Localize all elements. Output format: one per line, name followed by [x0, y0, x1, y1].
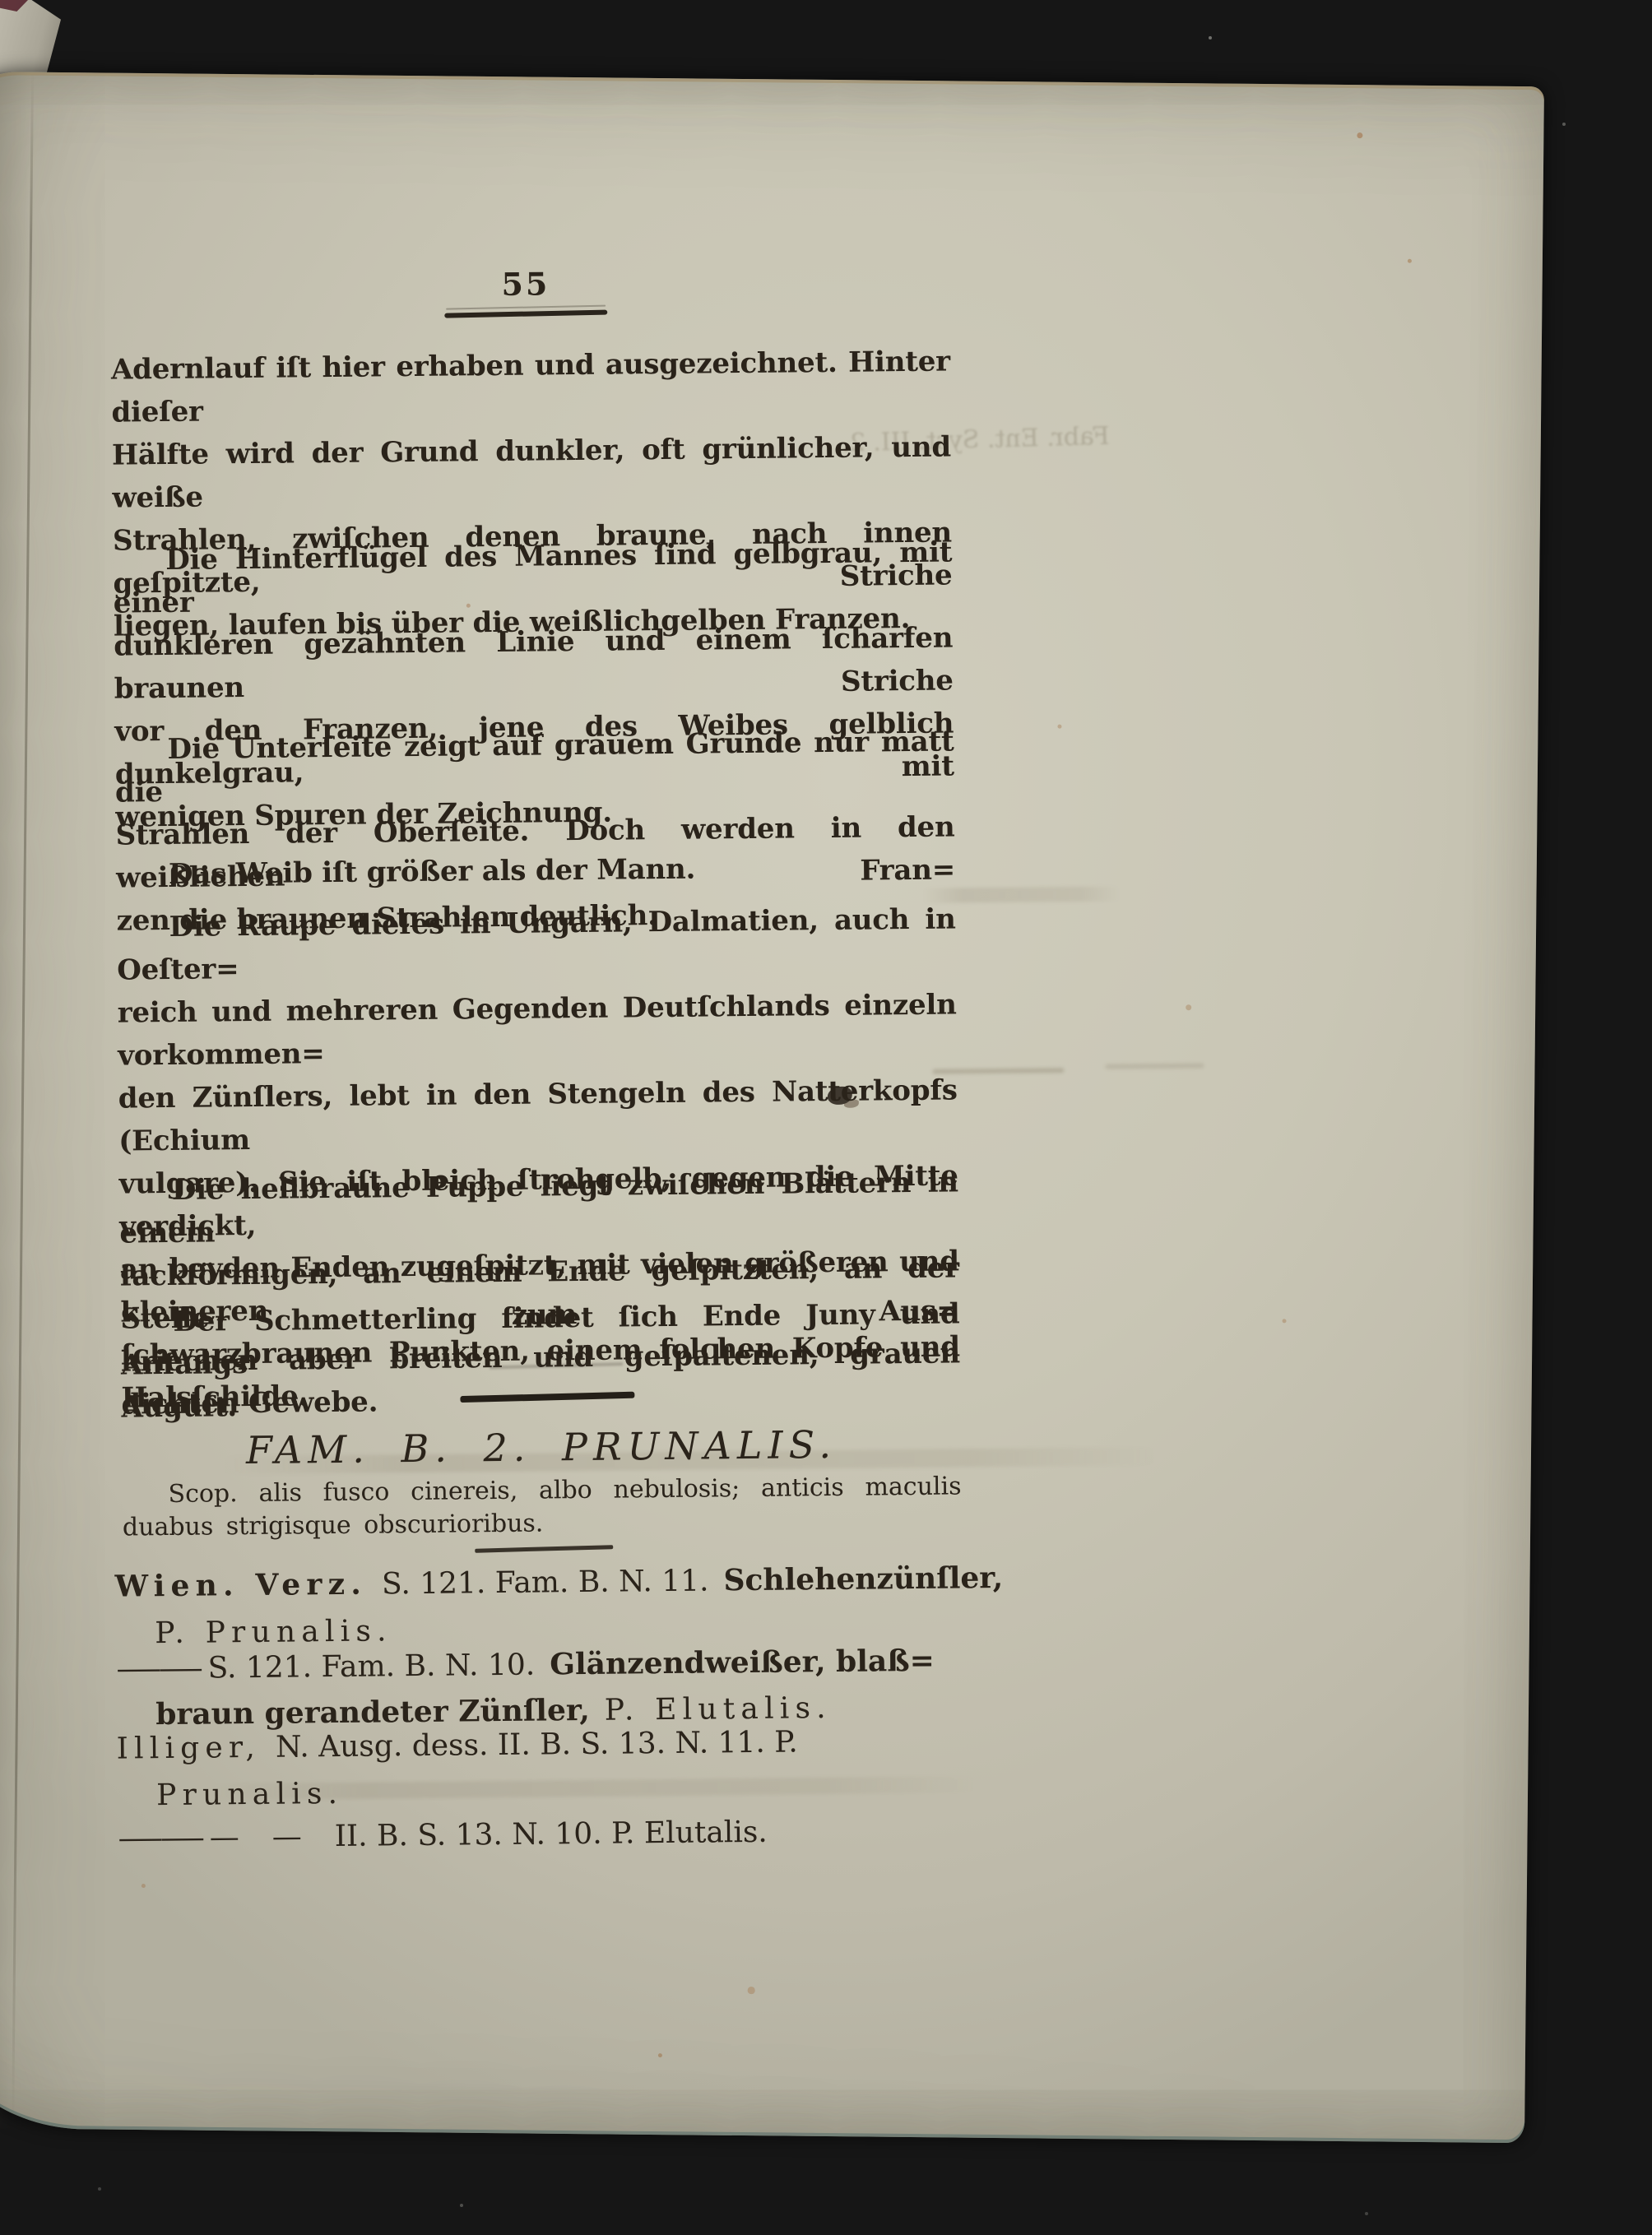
bibliography-entry-line: ————II. B. S. 13. N. 10. P. Elutalis.	[118, 1813, 990, 1856]
text-line: Die hellbraune Puppe liegt zwiſchen Blät…	[119, 1161, 959, 1254]
book-page: Fabr. Ent. Syst. III. 2. 55 Adernlauf iſ…	[0, 72, 1544, 2143]
scanned-book-page: { "page_number": "55", "body": { "paragr…	[0, 0, 1652, 2235]
bib-german-name: Glänzendweißer, blaß=	[550, 1644, 935, 1682]
bib-species: P. Elutalis.	[605, 1691, 832, 1727]
text-line: Der Schmetterling findet ſich Ende Juny …	[120, 1292, 960, 1386]
text-line: Die Unterſeite zeigt auf grauem Grunde n…	[114, 720, 954, 814]
diagnosis-rule	[475, 1545, 613, 1553]
bib-german-name: braun gerandeter Zünſler,	[155, 1693, 590, 1732]
ditto-dash: —	[272, 1820, 302, 1853]
page-number: 55	[443, 265, 608, 304]
bib-reference: S. 121. Fam. B. N. 11.	[382, 1564, 709, 1601]
bib-source: Wien. Verz.	[114, 1567, 367, 1604]
bibliography-entry-line: Prunalis.	[117, 1770, 1028, 1813]
text-line: dunkleren gezähnten Linie und einem ſcha…	[114, 616, 954, 710]
bib-german-name: Schlehenzünſler,	[723, 1560, 1003, 1597]
body-paragraph: Der Schmetterling findet ſich Ende Juny …	[120, 1292, 961, 1429]
text-line: reich und mehreren Gegenden Deutſchlands…	[117, 983, 957, 1077]
ditto-dash: —	[210, 1820, 239, 1854]
bib-reference: S. 121. Fam. B. N. 10.	[207, 1648, 535, 1686]
bib-reference: II. B. S. 13. N. 10. P. Elutalis.	[335, 1815, 768, 1853]
ditto-dash: ——	[118, 1821, 202, 1856]
bib-species: P. Prunalis.	[155, 1614, 392, 1650]
body-paragraph: Das Weib iſt größer als der Mann.	[116, 845, 955, 896]
bib-species: Prunalis.	[156, 1777, 343, 1812]
ditto-dash: ——	[115, 1652, 200, 1686]
section-heading: FAM. B. 2. PRUNALIS.	[122, 1421, 961, 1473]
text-line: den Zünſlers, lebt in den Stengeln des N…	[118, 1069, 958, 1162]
latin-diagnosis: Scop. alis fusco cinereis, albo nebulosi…	[109, 77, 948, 85]
show-through-smudge	[1105, 1063, 1204, 1069]
page-number-rule	[444, 310, 607, 318]
bibliography-entry-line: Wien. Verz.S. 121. Fam. B. N. 11.Schlehe…	[114, 1560, 986, 1604]
text-line: Hälfte wird der Grund dunkler, oft grünl…	[112, 425, 952, 519]
printed-text-layer: Fabr. Ent. Syst. III. 2. 55 Adernlauf iſ…	[0, 71, 1548, 2143]
text-line: Die Raupe dieſes in Ungarn, Dalmatien, a…	[116, 897, 956, 991]
text-line: Adernlauf iſt hier erhaben und ausgezeic…	[111, 340, 951, 434]
bib-reference: N. Ausg. dess. II. B. S. 13. N. 11. P.	[276, 1725, 798, 1764]
text-line: Das Weib iſt größer als der Mann.	[116, 845, 955, 896]
bib-source: Illiger,	[116, 1731, 261, 1766]
text-line: Die Hinterflügel des Mannes ſind gelbgra…	[113, 531, 953, 624]
